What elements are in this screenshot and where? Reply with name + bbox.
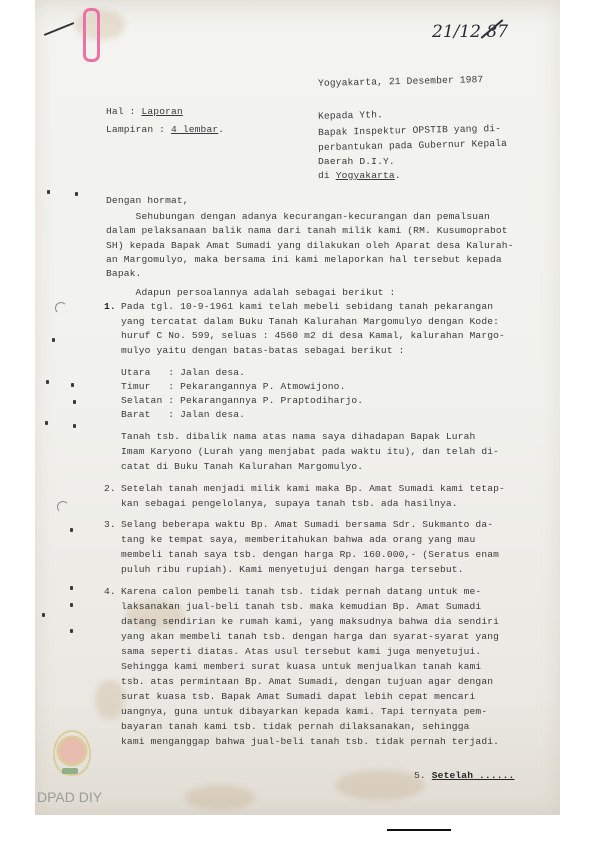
boundary-direction: Selatan <box>121 395 162 406</box>
item-line: surat kuasa tsb. Bapak Amat Sumadi dapat… <box>121 691 475 702</box>
intro-line: an Margomulyo, maka bersama ini kami mel… <box>106 254 502 265</box>
boundary-value: : Pekarangannya P. Praptodiharjo. <box>168 395 363 406</box>
item-line: Pada tgl. 10-9-1961 kami telah mebeli se… <box>121 301 493 312</box>
boundary-direction: Barat <box>121 409 162 420</box>
margin-dot <box>73 400 76 404</box>
item-line: uangnya, guna untuk dibayarkan kepada ka… <box>121 706 487 717</box>
boundary-row: Utara : Jalan desa. <box>121 367 245 378</box>
boundary-value: : Jalan desa. <box>168 367 245 378</box>
margin-dot <box>75 192 78 196</box>
continuation-number: 5. <box>414 770 426 781</box>
salutation: Dengan hormat, <box>106 195 189 206</box>
item-line: puluh ribu rupiah). Kami menyetujui deng… <box>121 564 464 575</box>
item-line: Imam Karyono (Lurah yang menjabat pada w… <box>121 446 499 457</box>
recipient-line: Kepada Yth. <box>318 109 383 121</box>
item-line: huruf C No. 599, seluas : 4560 m2 di des… <box>121 330 505 341</box>
attachment-line: Lampiran : 4 lembar. <box>106 124 224 135</box>
margin-dot <box>47 190 50 194</box>
item-line: yang akan membeli tanah tsb. dengan harg… <box>121 631 499 642</box>
punch-hole <box>57 501 69 513</box>
lead-in: Adapun persoalannya adalah sebagai berik… <box>106 287 395 298</box>
boundary-direction: Utara <box>121 367 162 378</box>
item-line: membeli tanah saya tsb. dengan harga Rp.… <box>121 549 499 560</box>
item-line: Tanah tsb. dibalik nama atas nama saya d… <box>121 431 475 442</box>
item-number: 3. <box>104 519 116 530</box>
margin-dot <box>71 383 74 387</box>
punch-hole <box>55 302 67 314</box>
boundary-row: Barat : Jalan desa. <box>121 409 245 420</box>
intro-line: dalam pelaksanaan balik nama dari tanah … <box>106 225 508 236</box>
intro-line: Bapak. <box>106 268 141 279</box>
archive-seal-base <box>62 768 78 774</box>
boundary-direction: Timur <box>121 381 162 392</box>
item-line: datang sendirian ke rumah kami, yang mak… <box>121 616 499 627</box>
attachment-label: Lampiran : <box>106 124 165 135</box>
city-prefix: di <box>318 170 330 181</box>
margin-dot <box>45 421 48 425</box>
margin-dot <box>70 528 73 532</box>
intro-line: SH) kepada Bapak Amat Sumadi yang dilaku… <box>106 240 514 251</box>
paper-clip <box>83 8 100 62</box>
margin-dot <box>46 380 49 384</box>
margin-dot <box>52 338 55 342</box>
item-line: kami menganggap bahwa jual-beli tanah ts… <box>121 736 499 747</box>
subject-line: Hal : Laporan <box>106 106 183 117</box>
margin-dot <box>70 586 73 590</box>
stain <box>335 770 425 800</box>
item-number: 2. <box>104 483 116 494</box>
item-line: tang ke tempat saya, memberitahukan bahw… <box>121 534 475 545</box>
watermark: DPAD DIY <box>37 789 102 805</box>
item-line: catat di Buku Tanah Kalurahan Margomulyo… <box>121 461 363 472</box>
item-line: Karena calon pembeli tanah tsb. tidak pe… <box>121 586 481 597</box>
item-line: sama seperti diatas. Atas usul tersebut … <box>121 646 481 657</box>
stain <box>185 785 255 810</box>
continuation: 5. Setelah ...... <box>414 770 514 781</box>
margin-dot <box>70 629 73 633</box>
city-name: Yogyakarta <box>336 170 395 181</box>
item-line: Sehingga kami memberi surat kuasa untuk … <box>121 661 481 672</box>
recipient-city: di Yogyakarta. <box>318 170 401 181</box>
item-line: tsb. atas permintaan Bp. Amat Sumadi, de… <box>121 676 493 687</box>
item-line: Setelah tanah menjadi milik kami maka Bp… <box>121 483 505 494</box>
page-divider <box>387 829 451 831</box>
recipient-line: Daerah D.I.Y. <box>318 156 395 167</box>
item-line: laksanakan jual-beli tanah tsb. maka kem… <box>121 601 481 612</box>
boundary-row: Selatan : Pekarangannya P. Praptodiharjo… <box>121 395 363 406</box>
continuation-text: Setelah ...... <box>432 770 515 781</box>
item-number: 1. <box>104 301 116 312</box>
item-line: kan sebagai pengelolanya, supaya tanah t… <box>121 498 458 509</box>
item-line: bayaran tanah kami tsb. tidak pernah dil… <box>121 721 470 732</box>
item-line: yang tercatat dalam Buku Tanah Kalurahan… <box>121 316 499 327</box>
attachment-value: 4 lembar <box>171 124 218 135</box>
item-line: mulyo yaitu dengan batas-batas sebagai b… <box>121 345 405 356</box>
margin-dot <box>73 424 76 428</box>
boundary-value: : Jalan desa. <box>168 409 245 420</box>
boundary-row: Timur : Pekarangannya P. Atmowijono. <box>121 381 346 392</box>
margin-dot <box>70 603 73 607</box>
item-line: Selang beberapa waktu Bp. Amat Sumadi be… <box>121 519 493 530</box>
intro-line: Sehubungan dengan adanya kecurangan-kecu… <box>106 211 490 222</box>
subject-label: Hal : <box>106 106 136 117</box>
boundary-value: : Pekarangannya P. Atmowijono. <box>168 381 345 392</box>
item-number: 4. <box>104 586 116 597</box>
margin-dot <box>42 613 45 617</box>
subject-value: Laporan <box>141 106 182 117</box>
